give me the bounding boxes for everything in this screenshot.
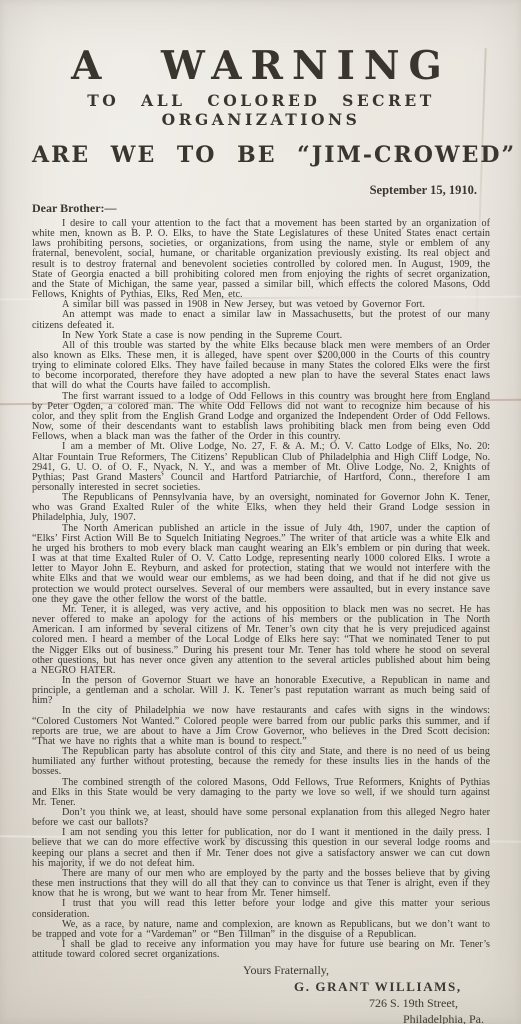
- letter-paragraph: I trust that you will read this letter b…: [32, 899, 490, 919]
- signature-address-city: Philadelphia, Pa.: [403, 1012, 490, 1024]
- letter-paragraph: I am not sending you this letter for pub…: [32, 828, 490, 869]
- document-headline: ARE WE TO BE “JIM-CROWED” HERE?: [32, 142, 490, 168]
- letter-paragraph: The Republican party has absolute contro…: [32, 747, 490, 777]
- document-subtitle: TO ALL COLORED SECRET ORGANIZATIONS: [32, 91, 490, 129]
- letter-paragraph: We, as a race, by nature, name and compl…: [32, 920, 490, 940]
- letter-paragraph: In the person of Governor Stuart we have…: [32, 676, 490, 706]
- document-date: September 15, 1910.: [32, 183, 490, 198]
- letter-paragraph: An attempt was made to enact a similar l…: [32, 310, 490, 330]
- signature-name: G. GRANT WILLIAMS,: [294, 979, 490, 995]
- signature-address-street: 726 S. 19th Street,: [369, 996, 490, 1011]
- letter-paragraph: The Republicans of Pennsylvania have, by…: [32, 493, 490, 523]
- salutation: Dear Brother:—: [32, 201, 490, 216]
- letter-paragraph: The combined strength of the colored Mas…: [32, 778, 490, 808]
- letter-content: A WARNING TO ALL COLORED SECRET ORGANIZA…: [0, 0, 521, 1024]
- letter-paragraph: I shall be glad to receive any informati…: [32, 940, 490, 960]
- letter-paragraph: Mr. Tener, it is alleged, was very activ…: [32, 605, 490, 676]
- letter-paragraph: All of this trouble was started by the w…: [32, 341, 490, 392]
- letter-paragraph: In the city of Philadelphia we now have …: [32, 706, 490, 747]
- letter-paragraph: The first warrant issued to a lodge of O…: [32, 392, 490, 443]
- letter-paragraph: The North American published an article …: [32, 524, 490, 605]
- letter-paragraph: Don’t you think we, at least, should hav…: [32, 808, 490, 828]
- letter-body: I desire to call your attention to the f…: [32, 219, 490, 960]
- letter-paragraph: I desire to call your attention to the f…: [32, 219, 490, 300]
- document-page: A WARNING TO ALL COLORED SECRET ORGANIZA…: [0, 0, 521, 1024]
- closing-block: Yours Fraternally, G. GRANT WILLIAMS, 72…: [32, 963, 490, 1024]
- letter-paragraph: I am a member of Mt. Olive Lodge, No. 27…: [32, 442, 490, 493]
- document-title: A WARNING: [32, 0, 490, 87]
- valediction: Yours Fraternally,: [243, 963, 490, 978]
- letter-paragraph: There are many of our men who are employ…: [32, 869, 490, 899]
